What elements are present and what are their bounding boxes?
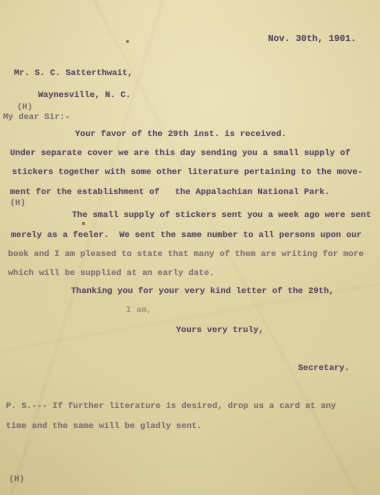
margin-note-h-2: (H) [10,198,25,208]
salutation: My dear Sir:- [3,112,70,122]
recipient-name: Mr. S. C. Satterthwait, [14,68,133,78]
postscript-line: P. S.--- If further literature is desire… [6,401,336,411]
signature-title: Secretary. [298,363,350,373]
recipient-city: Waynesville, N. C. [38,90,131,100]
body-line: Your favor of the 29th inst. is received… [75,129,286,139]
scanned-letter-page: Nov. 30th, 1901. Mr. S. C. Satterthwait,… [0,0,380,495]
body-line: The small supply of stickers sent you a … [72,210,371,220]
body-line: Under separate cover we are this day sen… [10,148,350,158]
margin-note-h-3: (H) [9,474,24,484]
body-line: book and I am pleased to state that many… [8,249,364,259]
body-line: merely as a feeler. We sent the same num… [11,230,362,240]
closing: Yours very truly, [176,325,264,335]
paper-speck [126,40,129,43]
body-line-i-am: I am, [126,305,152,315]
correction-mark [82,222,85,225]
body-line: Thanking you for your very kind letter o… [71,286,334,296]
body-line: stickers together with some other litera… [12,167,363,177]
postscript-line: time and the same will be gladly sent. [6,421,202,431]
letter-date: Nov. 30th, 1901. [268,33,356,44]
body-line: which will be supplied at an early date. [8,268,214,278]
body-line: ment for the establishment of the Appala… [10,187,330,197]
margin-note-h-1: (H) [17,102,32,112]
